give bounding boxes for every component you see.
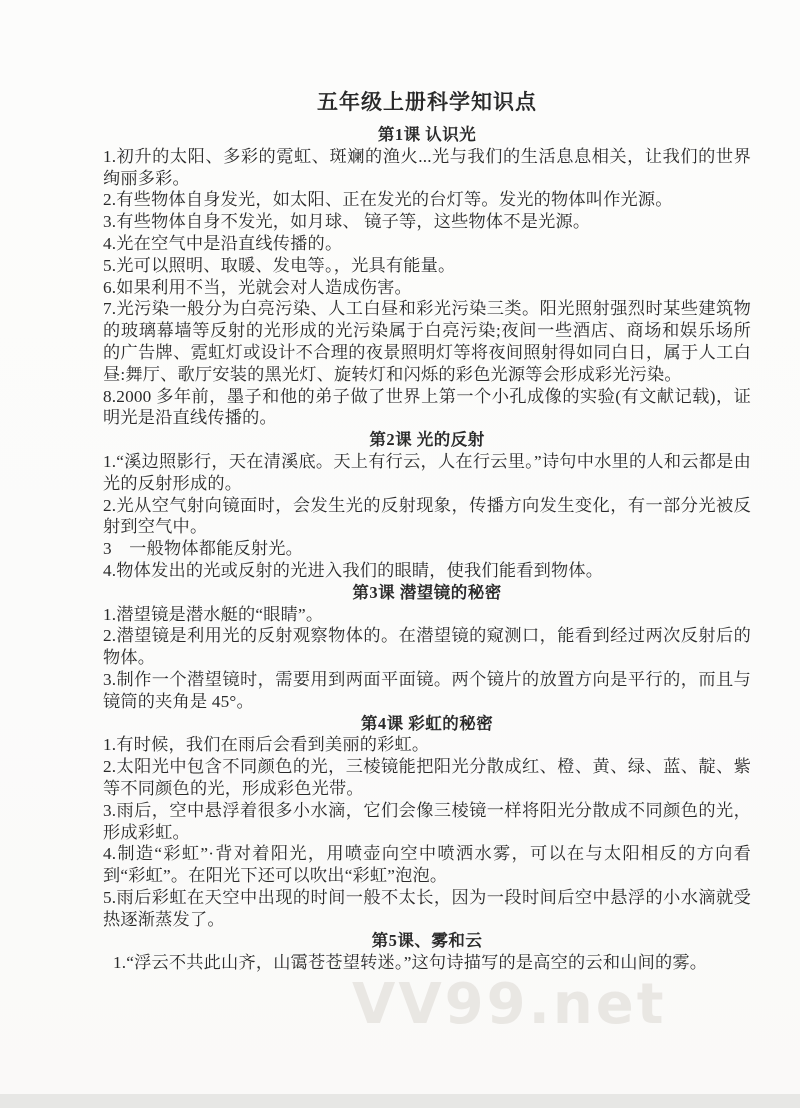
knowledge-point: 7.光污染一般分为白亮污染、人工白昼和彩光污染三类。阳光照射强烈时某些建筑物的玻… [103, 298, 751, 385]
knowledge-point: 8.2000 多年前，墨子和他的弟子做了世界上第一个小孔成像的实验(有文献记载)… [103, 386, 751, 430]
document-body: 五年级上册科学知识点 第1课 认识光1.初升的太阳、多彩的霓虹、斑斓的渔火...… [103, 88, 751, 974]
knowledge-point: 1.“溪边照影行，天在清溪底。天上有行云，人在行云里。”诗句中水里的人和云都是由… [103, 451, 751, 495]
knowledge-point: 2.有些物体自身发光，如太阳、正在发光的台灯等。发光的物体叫作光源。 [103, 189, 751, 211]
knowledge-point: 1.初升的太阳、多彩的霓虹、斑斓的渔火...光与我们的生活息息相关，让我们的世界… [103, 146, 751, 190]
section-heading: 第5课、雾和云 [103, 930, 751, 952]
knowledge-point: 3.有些物体自身不发光，如月球、 镜子等，这些物体不是光源。 [103, 211, 751, 233]
knowledge-point: 3.制作一个潜望镜时，需要用到两面平面镜。两个镜片的放置方向是平行的，而且与镜筒… [103, 669, 751, 713]
knowledge-point: 3.雨后，空中悬浮着很多小水滴，它们会像三棱镜一样将阳光分散成不同颜色的光，形成… [103, 800, 751, 844]
section-heading: 第1课 认识光 [103, 124, 751, 146]
section-heading: 第4课 彩虹的秘密 [103, 713, 751, 735]
photo-bottom-band [0, 1094, 800, 1108]
document-sections: 第1课 认识光1.初升的太阳、多彩的霓虹、斑斓的渔火...光与我们的生活息息相关… [103, 124, 751, 974]
knowledge-point: 2.太阳光中包含不同颜色的光，三棱镜能把阳光分散成红、橙、黄、绿、蓝、靛、紫等不… [103, 756, 751, 800]
watermark-text: VV99.net [352, 972, 667, 1037]
knowledge-point: 4.光在空气中是沿直线传播的。 [103, 233, 751, 255]
knowledge-point: 5.光可以照明、取暖、发电等。，光具有能量。 [103, 255, 751, 277]
knowledge-point: 2.潜望镜是利用光的反射观察物体的。在潜望镜的窥测口，能看到经过两次反射后的物体… [103, 625, 751, 669]
section-heading: 第2课 光的反射 [103, 429, 751, 451]
section-heading: 第3课 潜望镜的秘密 [103, 582, 751, 604]
page-title: 五年级上册科学知识点 [103, 88, 751, 116]
knowledge-point: 4.制造“彩虹”·背对着阳光，用喷壶向空中喷洒水雾，可以在与太阳相反的方向看到“… [103, 843, 751, 887]
knowledge-point: 1.有时候，我们在雨后会看到美丽的彩虹。 [103, 734, 751, 756]
knowledge-point: 5.雨后彩虹在天空中出现的时间一般不太长，因为一段时间后空中悬浮的小水滴就受热逐… [103, 887, 751, 931]
knowledge-point: 1.潜望镜是潜水艇的“眼睛”。 [103, 604, 751, 626]
knowledge-point: 3 一般物体都能反射光。 [103, 538, 751, 560]
knowledge-point: 1.“浮云不共此山齐，山霭苍苍望转迷。”这句诗描写的是高空的云和山间的雾。 [103, 952, 751, 974]
knowledge-point: 2.光从空气射向镜面时，会发生光的反射现象，传播方向发生变化，有一部分光被反射到… [103, 495, 751, 539]
knowledge-point: 4.物体发出的光或反射的光进入我们的眼睛，使我们能看到物体。 [103, 560, 751, 582]
knowledge-point: 6.如果利用不当，光就会对人造成伤害。 [103, 277, 751, 299]
